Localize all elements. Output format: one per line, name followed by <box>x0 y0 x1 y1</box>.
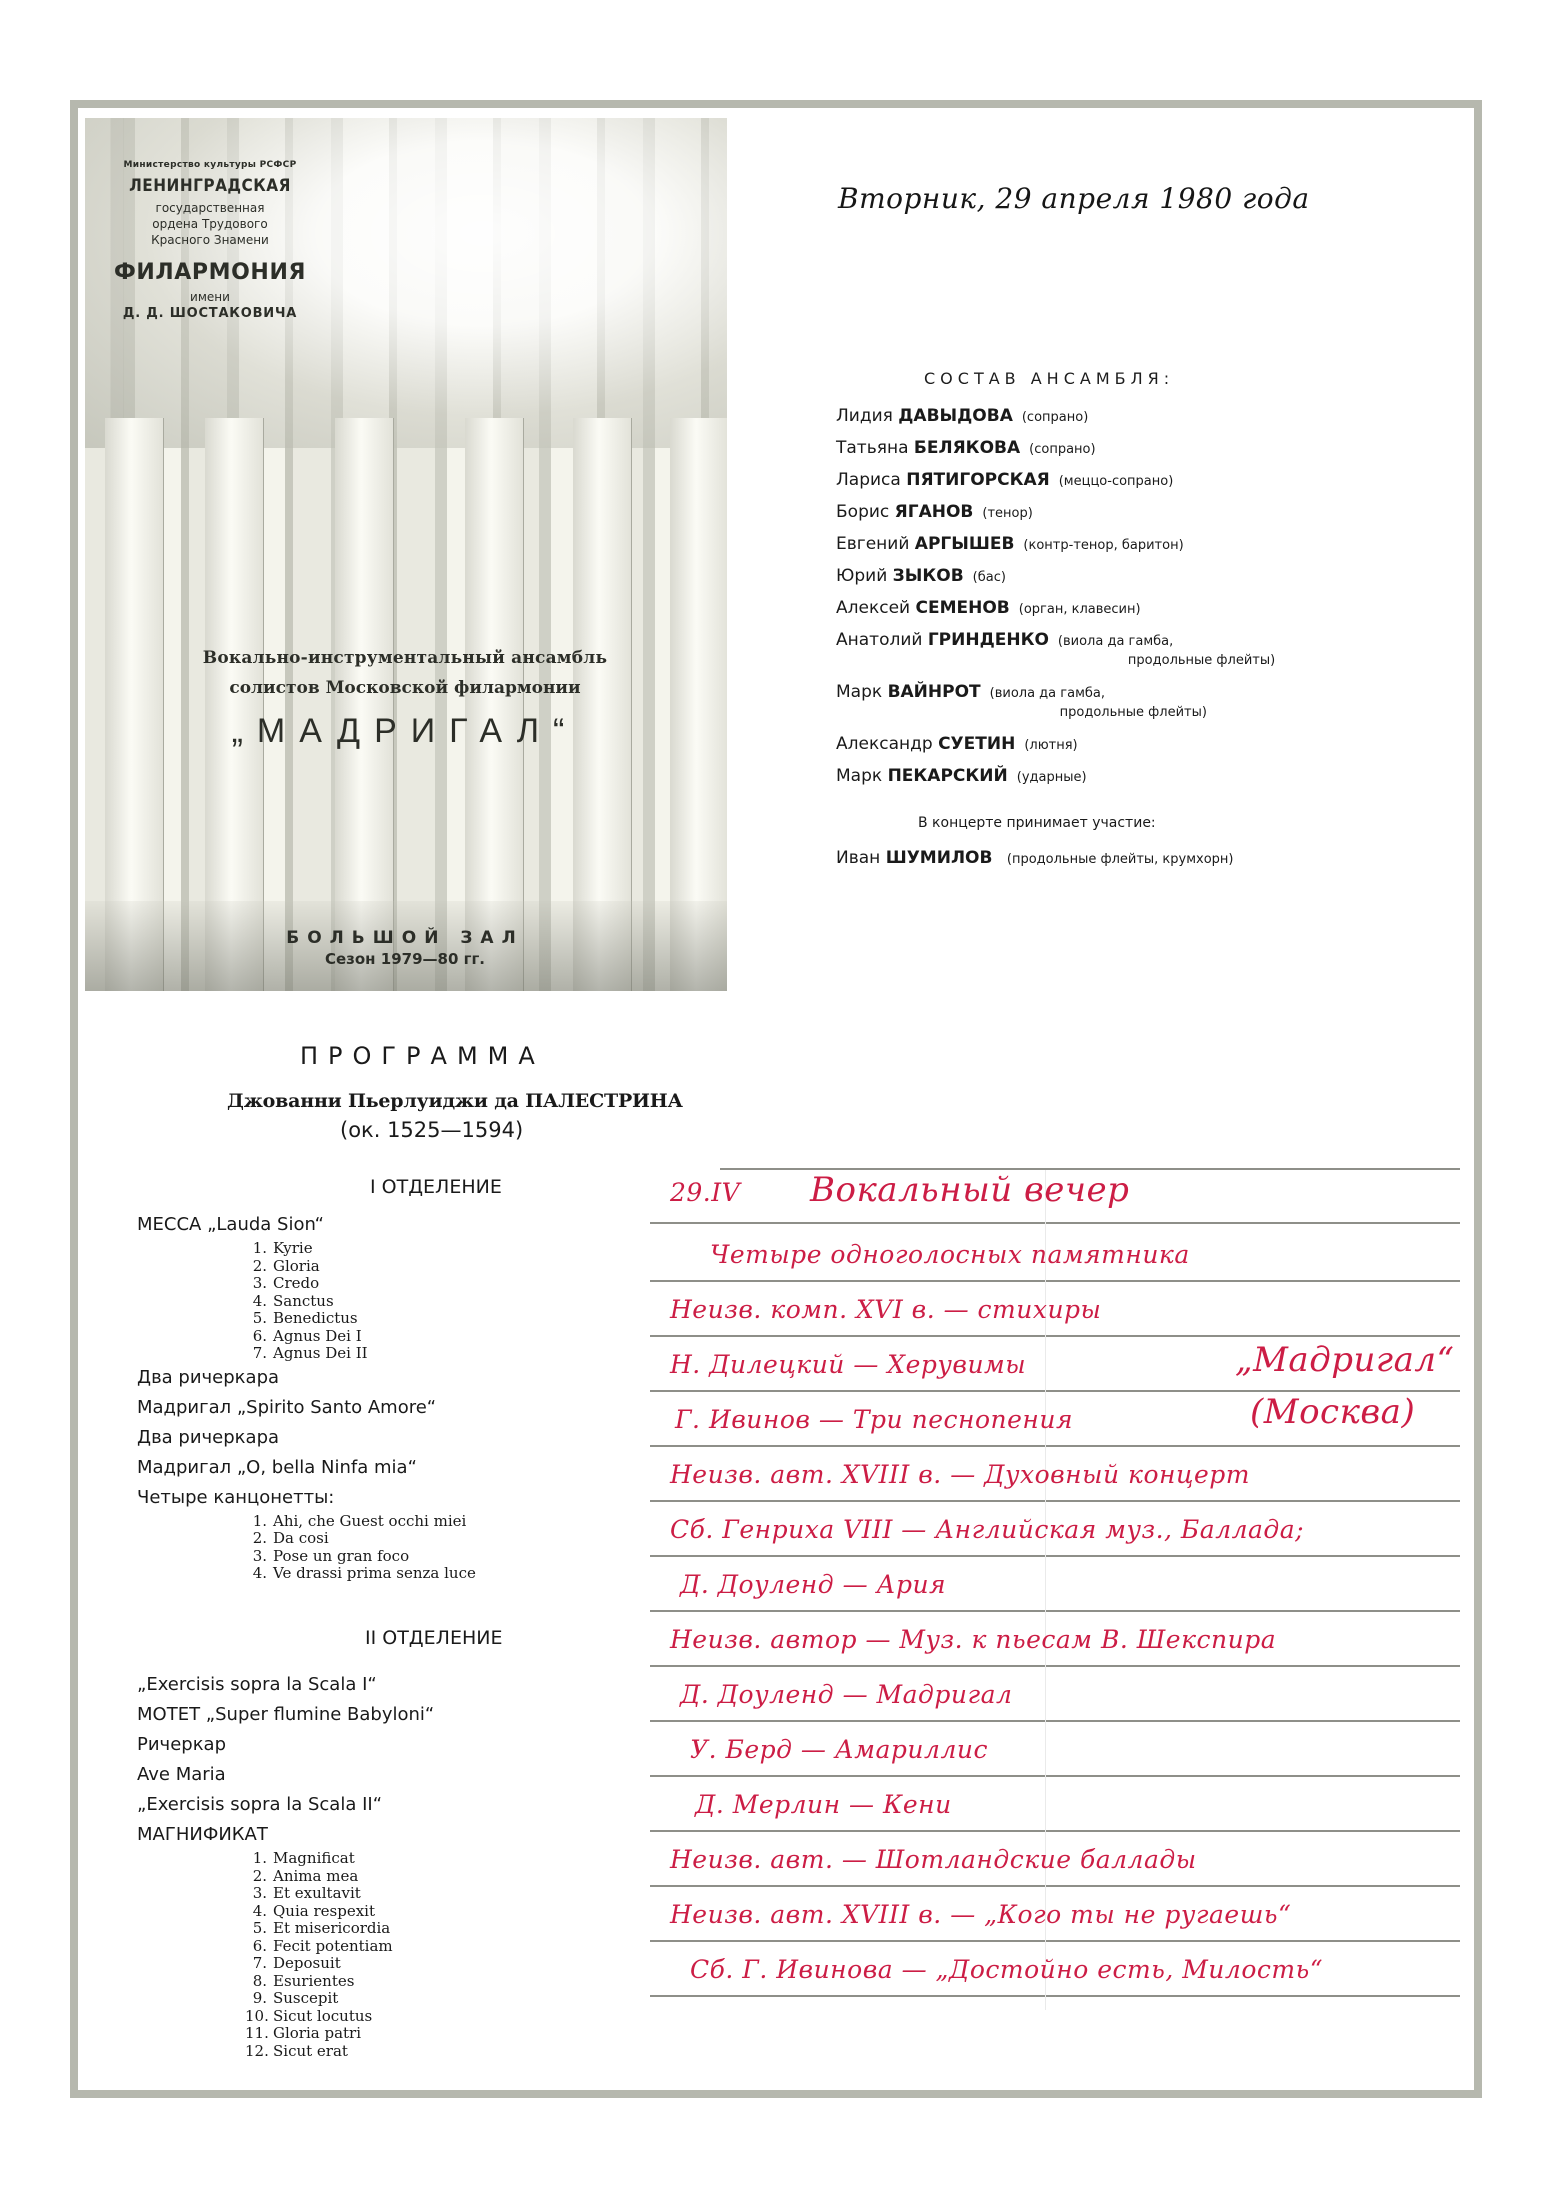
composer-name: Джованни Пьерлуиджи да ПАЛЕСТРИНА <box>227 1090 683 1112</box>
composer-years: (ок. 1525—1594) <box>340 1118 523 1142</box>
program-subitem: 4.Sanctus <box>245 1293 476 1311</box>
subitem-title: Et misericordia <box>273 1919 390 1937</box>
subitem-number: 9. <box>245 1990 267 2008</box>
subitem-number: 2. <box>245 1258 267 1276</box>
ruled-line <box>650 1280 1460 1282</box>
cover-descriptor-line: государственная <box>105 200 315 216</box>
concert-date: Вторник, 29 апреля 1980 года <box>838 182 1310 215</box>
ruled-line <box>650 1665 1460 1667</box>
note-line: У. Берд — Амариллис <box>690 1735 988 1764</box>
subitem-title: Ahi, che Guest occhi miei <box>273 1512 466 1530</box>
program-item: МОТЕТ „Super flumine Babyloni“ <box>137 1700 434 1730</box>
member-role: (виола да гамба,продольные флейты) <box>990 684 1207 722</box>
ruled-line <box>650 1500 1460 1502</box>
cover-ensemble-name: „МАДРИГАЛ“ <box>145 712 665 751</box>
program-item: „Exercisis sopra la Scala I“ <box>137 1670 434 1700</box>
guest-first-name: Иван <box>836 848 880 868</box>
member-role: (меццо-сопрано) <box>1059 474 1174 489</box>
subitem-title: Fecit potentiam <box>273 1937 393 1955</box>
program-subitems: 1.Magnificat2.Anima mea3.Et exultavit4.Q… <box>245 1850 434 2060</box>
section-2-title: II ОТДЕЛЕНИЕ <box>365 1627 502 1649</box>
ensemble-member: Анатолий ГРИНДЕНКО(виола да гамба,продол… <box>836 630 1356 682</box>
note-line: Четыре одноголосных памятника <box>710 1240 1190 1269</box>
subitem-title: Et exultavit <box>273 1884 361 1902</box>
subitem-number: 12. <box>245 2043 267 2061</box>
member-last-name: ВАЙНРОТ <box>888 682 981 702</box>
member-first-name: Александр <box>836 734 933 754</box>
note-line: Г. Ивинов — Три песнопения <box>675 1405 1073 1434</box>
subitem-number: 7. <box>245 1955 267 1973</box>
program-subitem: 5.Et misericordia <box>245 1920 434 1938</box>
member-first-name: Анатолий <box>836 630 922 650</box>
member-last-name: ГРИНДЕНКО <box>928 630 1049 650</box>
member-first-name: Евгений <box>836 534 909 554</box>
cover-descriptor-line: Красного Знамени <box>105 232 315 248</box>
subitem-title: Pose un gran foco <box>273 1547 409 1565</box>
member-role: (сопрано) <box>1029 442 1095 457</box>
ruled-line <box>650 1222 1460 1224</box>
cover-descriptor: государственная ордена Трудового Красног… <box>105 200 315 248</box>
program-subitem: 12.Sicut erat <box>245 2043 434 2061</box>
subitem-title: Anima mea <box>273 1867 358 1885</box>
note-line: Неизв. автор — Муз. к пьесам В. Шекспира <box>670 1625 1276 1654</box>
program-subitem: 7.Agnus Dei II <box>245 1345 476 1363</box>
subitem-number: 5. <box>245 1920 267 1938</box>
member-role: (ударные) <box>1017 770 1087 785</box>
program-subitem: 8.Esurientes <box>245 1973 434 1991</box>
member-first-name: Лидия <box>836 406 893 426</box>
handwritten-notes-card: 29.IVВокальный вечерЧетыре одноголосных … <box>650 1170 1470 2040</box>
member-last-name: БЕЛЯКОВА <box>914 438 1020 458</box>
subitem-number: 1. <box>245 1240 267 1258</box>
subitem-number: 3. <box>245 1548 267 1566</box>
subitem-title: Ve drassi prima senza luce <box>273 1564 476 1582</box>
program-item: Два ричеркара <box>137 1423 476 1453</box>
member-role: (бас) <box>973 570 1006 585</box>
program-subitem: 1.Kyrie <box>245 1240 476 1258</box>
subitem-title: Magnificat <box>273 1849 355 1867</box>
subitem-title: Agnus Dei II <box>273 1344 368 1362</box>
program-subitem: 2.Gloria <box>245 1258 476 1276</box>
guest-member: Иван ШУМИЛОВ (продольные флейты, крумхор… <box>836 848 1234 868</box>
program-subitem: 3.Pose un gran foco <box>245 1548 476 1566</box>
note-line: Д. Доуленд — Мадригал <box>680 1680 1012 1709</box>
note-side-2: (Москва) <box>1250 1392 1415 1432</box>
program-subitem: 1.Magnificat <box>245 1850 434 1868</box>
subitem-number: 5. <box>245 1310 267 1328</box>
subitem-title: Suscepit <box>273 1989 338 2007</box>
note-line: Д. Доуленд — Ария <box>680 1570 946 1599</box>
ensemble-member: Марк ВАЙНРОТ(виола да гамба,продольные ф… <box>836 682 1356 734</box>
note-line: Н. Дилецкий — Херувимы <box>670 1350 1026 1379</box>
cover-named-after: Д. Д. ШОСТАКОВИЧА <box>105 306 315 321</box>
cover-ensemble-line2: солистов Московской филармонии <box>145 678 665 698</box>
subitem-title: Gloria <box>273 1257 320 1275</box>
ruled-line <box>650 1445 1460 1447</box>
subitem-title: Quia respexit <box>273 1902 375 1920</box>
program-subitem: 6.Agnus Dei I <box>245 1328 476 1346</box>
member-first-name: Борис <box>836 502 889 522</box>
note-side-1: „Мадригал“ <box>1235 1340 1454 1380</box>
note-line: Неизв. авт. XVIII в. — Духовный концерт <box>670 1460 1250 1489</box>
member-role: (лютня) <box>1024 738 1077 753</box>
program-subitems: 1.Kyrie2.Gloria3.Credo4.Sanctus5.Benedic… <box>245 1240 476 1363</box>
subitem-number: 1. <box>245 1850 267 1868</box>
member-role: (тенор) <box>982 506 1032 521</box>
ruled-line <box>650 1775 1460 1777</box>
note-line: Д. Мерлин — Кени <box>695 1790 952 1819</box>
subitem-title: Deposuit <box>273 1954 341 1972</box>
member-role-line2: продольные флейты) <box>1128 651 1275 670</box>
member-role: (сопрано) <box>1022 410 1088 425</box>
subitem-title: Da cosi <box>273 1529 329 1547</box>
program-item: „Exercisis sopra la Scala II“ <box>137 1790 434 1820</box>
note-date: 29.IV <box>670 1178 740 1207</box>
member-first-name: Марк <box>836 682 882 702</box>
cover-city: ЛЕНИНГРАДСКАЯ <box>105 176 315 196</box>
program-subitem: 4.Ve drassi prima senza luce <box>245 1565 476 1583</box>
subitem-number: 4. <box>245 1293 267 1311</box>
member-last-name: СЕМЕНОВ <box>915 598 1009 618</box>
note-line: Сб. Генриха VIII — Английская муз., Балл… <box>670 1515 1304 1544</box>
program-item: Ричеркар <box>137 1730 434 1760</box>
note-line: Сб. Г. Ивинова — „Достойно есть, Милость… <box>690 1955 1323 1984</box>
subitem-title: Sanctus <box>273 1292 334 1310</box>
ensemble-member: Юрий ЗЫКОВ(бас) <box>836 566 1356 598</box>
member-first-name: Марк <box>836 766 882 786</box>
ensemble-member: Лариса ПЯТИГОРСКАЯ(меццо-сопрано) <box>836 470 1356 502</box>
subitem-title: Sicut erat <box>273 2042 348 2060</box>
cover-season: Сезон 1979—80 гг. <box>205 950 605 968</box>
section-2-list: „Exercisis sopra la Scala I“МОТЕТ „Super… <box>137 1670 434 2060</box>
member-last-name: ПЕКАРСКИЙ <box>888 766 1008 786</box>
member-last-name: АРГЫШЕВ <box>915 534 1015 554</box>
program-subitem: 11.Gloria patri <box>245 2025 434 2043</box>
member-first-name: Юрий <box>836 566 887 586</box>
program-subitem: 1.Ahi, che Guest occhi miei <box>245 1513 476 1531</box>
section-1-title: I ОТДЕЛЕНИЕ <box>370 1176 502 1198</box>
subitem-number: 1. <box>245 1513 267 1531</box>
guest-label: В концерте принимает участие: <box>918 815 1156 831</box>
member-last-name: ЯГАНОВ <box>895 502 974 522</box>
note-line: Неизв. авт. XVIII в. — „Кого ты не ругае… <box>670 1900 1291 1929</box>
program-subitem: 6.Fecit potentiam <box>245 1938 434 1956</box>
ensemble-member: Марк ПЕКАРСКИЙ(ударные) <box>836 766 1356 798</box>
note-heading: Вокальный вечер <box>810 1170 1129 1210</box>
member-role: (контр-тенор, баритон) <box>1023 538 1183 553</box>
member-role: (виола да гамба,продольные флейты) <box>1058 632 1275 670</box>
note-line: Неизв. комп. XVI в. — стихиры <box>670 1295 1101 1324</box>
ruled-line <box>650 1610 1460 1612</box>
member-first-name: Алексей <box>836 598 910 618</box>
subitem-title: Benedictus <box>273 1309 358 1327</box>
cover-institution: ФИЛАРМОНИЯ <box>103 260 317 285</box>
program-title: ПРОГРАММА <box>300 1042 545 1070</box>
cover-ensemble-line1: Вокально-инструментальный ансамбль <box>145 648 665 668</box>
program-subitem: 2.Anima mea <box>245 1868 434 1886</box>
subitem-title: Agnus Dei I <box>273 1327 362 1345</box>
program-subitem: 7.Deposuit <box>245 1955 434 1973</box>
member-role: (орган, клавесин) <box>1019 602 1141 617</box>
program-subitem: 3.Credo <box>245 1275 476 1293</box>
member-last-name: ДАВЫДОВА <box>898 406 1013 426</box>
member-role-line2: продольные флейты) <box>1060 703 1207 722</box>
subitem-title: Gloria patri <box>273 2024 361 2042</box>
member-first-name: Татьяна <box>836 438 908 458</box>
program-subitem: 3.Et exultavit <box>245 1885 434 1903</box>
cover-ministry: Министерство культуры РСФСР <box>105 160 315 170</box>
program-item: МАГНИФИКАТ <box>137 1820 434 1850</box>
cover-imeni: имени <box>105 290 315 304</box>
program-item: Ave Maria <box>137 1760 434 1790</box>
subitem-title: Kyrie <box>273 1239 313 1257</box>
subitem-number: 8. <box>245 1973 267 1991</box>
program-item: Два ричеркара <box>137 1363 476 1393</box>
member-last-name: ПЯТИГОРСКАЯ <box>906 470 1050 490</box>
cover-hall: БОЛЬШОЙ ЗАЛ <box>205 928 605 948</box>
ruled-line <box>650 1995 1460 1997</box>
cover-photo: Министерство культуры РСФСР ЛЕНИНГРАДСКА… <box>85 118 727 991</box>
program-subitem: 2.Da cosi <box>245 1530 476 1548</box>
ensemble-member: Борис ЯГАНОВ(тенор) <box>836 502 1356 534</box>
program-item: Мадригал „Spirito Santo Amore“ <box>137 1393 476 1423</box>
subitem-number: 3. <box>245 1885 267 1903</box>
ensemble-member: Алексей СЕМЕНОВ(орган, клавесин) <box>836 598 1356 630</box>
subitem-title: Esurientes <box>273 1972 354 1990</box>
member-last-name: ЗЫКОВ <box>893 566 964 586</box>
ensemble-title: СОСТАВ АНСАМБЛЯ: <box>924 369 1174 388</box>
subitem-number: 3. <box>245 1275 267 1293</box>
subitem-number: 4. <box>245 1903 267 1921</box>
program-subitems: 1.Ahi, che Guest occhi miei2.Da cosi3.Po… <box>245 1513 476 1583</box>
subitem-title: Sicut locutus <box>273 2007 372 2025</box>
ruled-line <box>650 1335 1460 1337</box>
program-subitem: 10.Sicut locutus <box>245 2008 434 2026</box>
program-subitem: 4.Quia respexit <box>245 1903 434 1921</box>
subitem-number: 10. <box>245 2008 267 2026</box>
subitem-number: 6. <box>245 1938 267 1956</box>
guest-last-name: ШУМИЛОВ <box>886 848 993 868</box>
guest-role: (продольные флейты, крумхорн) <box>1007 852 1234 867</box>
ensemble-members: Лидия ДАВЫДОВА(сопрано)Татьяна БЕЛЯКОВА(… <box>836 406 1356 798</box>
member-last-name: СУЕТИН <box>938 734 1015 754</box>
ruled-line <box>650 1555 1460 1557</box>
subitem-number: 4. <box>245 1565 267 1583</box>
ruled-line <box>650 1940 1460 1942</box>
subitem-number: 11. <box>245 2025 267 2043</box>
ruled-line <box>650 1830 1460 1832</box>
program-item: Четыре канцонетты: <box>137 1483 476 1513</box>
program-item: Мадригал „O, bella Ninfa mia“ <box>137 1453 476 1483</box>
program-subitem: 5.Benedictus <box>245 1310 476 1328</box>
subitem-title: Credo <box>273 1274 319 1292</box>
program-subitem: 9.Suscepit <box>245 1990 434 2008</box>
program-item: МЕССА „Lauda Sion“ <box>137 1210 476 1240</box>
ruled-line <box>650 1720 1460 1722</box>
subitem-number: 2. <box>245 1530 267 1548</box>
subitem-number: 2. <box>245 1868 267 1886</box>
ensemble-member: Лидия ДАВЫДОВА(сопрано) <box>836 406 1356 438</box>
note-line: Неизв. авт. — Шотландские баллады <box>670 1845 1197 1874</box>
ruled-line <box>650 1885 1460 1887</box>
member-first-name: Лариса <box>836 470 901 490</box>
subitem-number: 6. <box>245 1328 267 1346</box>
ensemble-member: Татьяна БЕЛЯКОВА(сопрано) <box>836 438 1356 470</box>
section-1-list: МЕССА „Lauda Sion“1.Kyrie2.Gloria3.Credo… <box>137 1210 476 1583</box>
ensemble-member: Евгений АРГЫШЕВ(контр-тенор, баритон) <box>836 534 1356 566</box>
cover-descriptor-line: ордена Трудового <box>105 216 315 232</box>
subitem-number: 7. <box>245 1345 267 1363</box>
ensemble-member: Александр СУЕТИН(лютня) <box>836 734 1356 766</box>
